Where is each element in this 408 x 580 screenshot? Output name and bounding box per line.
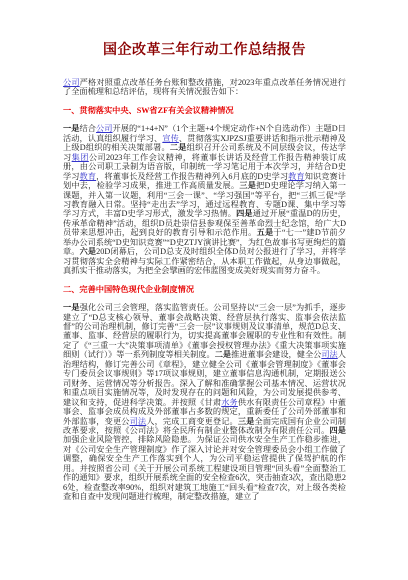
document-body: 公司严格对照重点改革任务台账和整改措施，对2023年重点改革任务情况进行了全面梳… [63,78,346,502]
document-title: 国企改革三年行动工作总结报告 [63,42,346,59]
hyperlink[interactable]: 宣传 [162,134,179,143]
text-run: 人，完成工商变更登记。 [146,417,238,426]
hyperlink[interactable]: 公司 [63,78,80,87]
text-run: 一是 [63,303,80,312]
text-run: 一、贯彻落实中央、SW省ZF有关会议精神情况 [63,106,234,115]
text-run: 三是 [238,417,255,426]
paragraph: 一是结合公司开展的“1+4+N”（1个主题+4个规定动作+N个自选动作）主题D日… [63,124,346,275]
hyperlink[interactable]: 司法 [130,417,147,426]
text-run: 二是 [215,350,231,359]
document-page: 国企改革三年行动工作总结报告 公司严格对照重点改革任务台账和整改措施，对2023… [0,0,408,580]
text-run: 四是 [236,209,253,218]
section-heading: 一、贯彻落实中央、SW省ZF有关会议精神情况 [63,106,346,115]
text-run: 加强企业风险管控，排除风险隐患。为保证公司供水安全生产工作稳步推进，对《公司安全… [63,435,346,501]
text-run: 推进董事会建设，健全公 [231,350,321,359]
text-run: 五是 [257,228,274,237]
hyperlink[interactable]: 公司 [96,124,113,133]
text-run: 四是 [329,426,346,435]
hyperlink[interactable]: 水务 [221,398,238,407]
text-run: 20D闭幕后，公司D总支及时组织全体D员对公报进行了学习，并将学习贯彻落实全会精… [63,247,346,275]
text-run: 六是 [80,247,97,256]
hyperlink[interactable]: 司法 [321,350,337,359]
hyperlink[interactable]: 教育 [288,172,305,181]
text-run: 二是 [170,143,187,152]
text-run: 结合 [80,124,97,133]
text-run: ，将董事长及经营工作报告精神列入6月底的D史学习 [96,172,288,181]
text-run: 严格对照重点改革任务台账和整改措施，对2023年重点改革任务情况进行了全面梳理和… [63,78,346,96]
text-run: 三是 [239,181,256,190]
text-run: 二、完善中国特色现代企业制度情况 [63,285,194,294]
hyperlink[interactable]: 教育 [80,172,97,181]
paragraph: 公司严格对照重点改革任务台账和整改措施，对2023年重点改革任务情况进行了全面梳… [63,78,346,97]
text-run: 一是 [63,124,80,133]
section-heading: 二、完善中国特色现代企业制度情况 [63,285,346,294]
hyperlink[interactable]: 集团 [72,153,89,162]
paragraph: 一是强化公司三会管理，落实监管责任。公司坚持以“三会一层”为抓手，逐步建立了“D… [63,303,346,502]
